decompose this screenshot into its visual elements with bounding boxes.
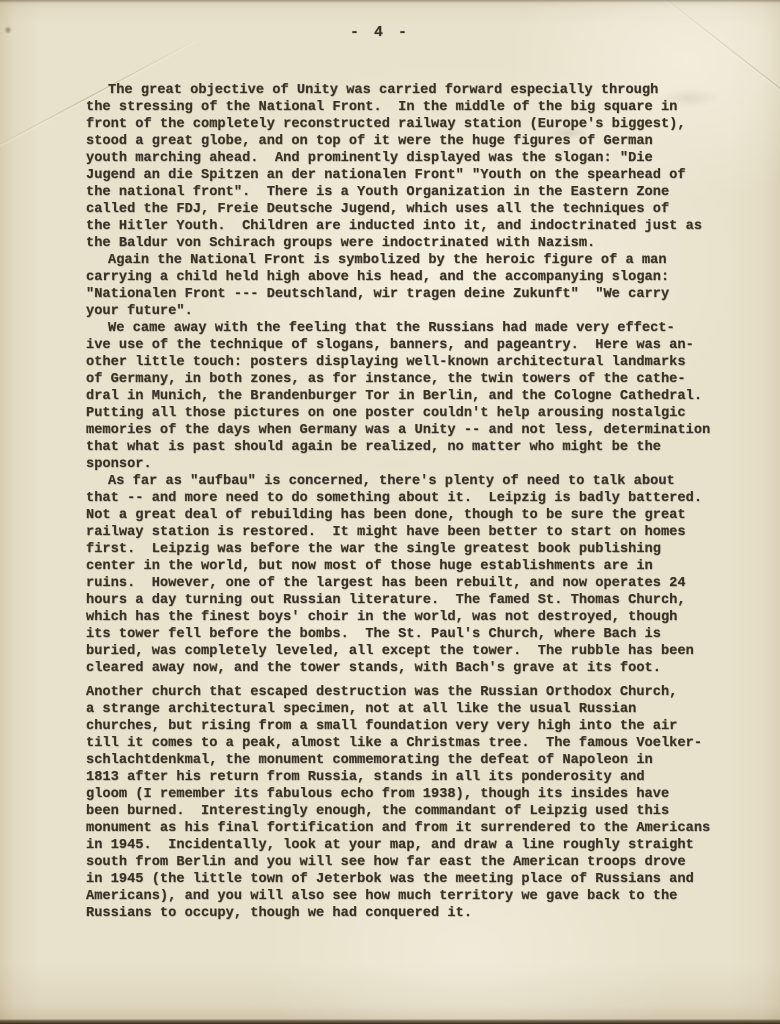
scan-edge-bottom <box>0 1019 780 1024</box>
page-number: - 4 - <box>0 24 760 41</box>
document-body: The great objective of Unity was carried… <box>86 82 746 922</box>
paragraph-heroic-figure: Again the National Front is symbolized b… <box>86 252 746 320</box>
paragraph-aufbau-leipzig: As far as "aufbau" is concerned, there's… <box>86 473 746 677</box>
paragraph-national-front: The great objective of Unity was carried… <box>86 82 746 252</box>
paragraph-slogans-posters: We came away with the feeling that the R… <box>86 320 746 473</box>
scan-edge-top <box>0 0 780 3</box>
scanned-page: - 4 - The great objective of Unity was c… <box>0 0 780 1024</box>
paragraph-orthodox-church: Another church that escaped destruction … <box>86 684 746 922</box>
